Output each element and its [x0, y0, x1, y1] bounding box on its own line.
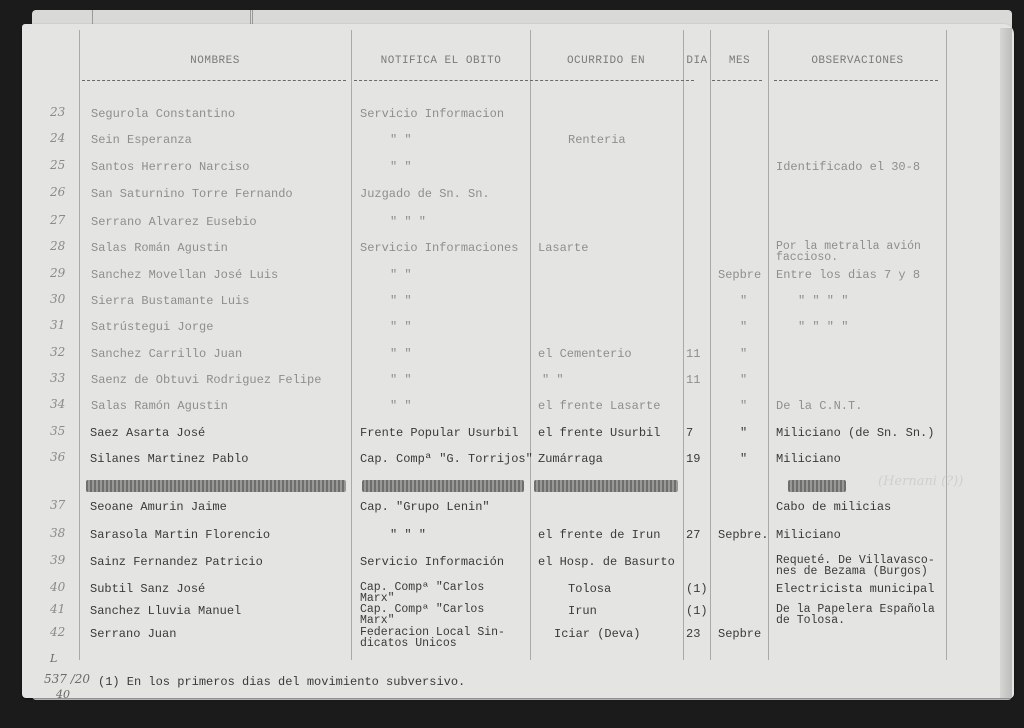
column-divider: [351, 30, 352, 660]
cell-nombre: Santos Herrero Narciso: [91, 160, 249, 174]
row-number: 39: [50, 553, 65, 567]
cell-ocurrido: el Hosp. de Basurto: [538, 555, 675, 569]
cell-mes: ": [740, 373, 747, 387]
cell-observaciones: Miliciano (de Sn. Sn.): [776, 426, 934, 440]
cell-nombre: Sanchez Movellan José Luis: [91, 268, 278, 282]
cell-dia: (1): [686, 582, 708, 596]
cell-nombre: Segurola Constantino: [91, 107, 235, 121]
row-number: 40: [50, 580, 65, 594]
cell-ocurrido: " ": [542, 373, 564, 387]
cell-ocurrido: el frente Lasarte: [538, 399, 660, 413]
cell-ocurrido: Tolosa: [568, 582, 611, 596]
cell-nombre: Silanes Martinez Pablo: [90, 452, 248, 466]
cell-dia: 23: [686, 627, 700, 641]
header-dia: DIA: [684, 55, 710, 67]
column-divider: [768, 30, 769, 660]
cell-notifica: Cap. Compª "G. Torrijos": [360, 452, 533, 466]
cell-notifica: " ": [390, 160, 412, 174]
row-number: 36: [50, 450, 65, 464]
header-underline: [712, 80, 762, 81]
cell-observaciones: De la C.N.T.: [776, 399, 862, 413]
cell-notifica: " ": [390, 399, 412, 413]
cell-observaciones: Miliciano: [776, 528, 841, 542]
cell-observaciones: " " " ": [798, 320, 848, 334]
cell-notifica: Cap. Compª "Carlos Marx": [360, 604, 484, 626]
cell-nombre: Salas Román Agustin: [91, 241, 228, 255]
cell-notifica: Servicio Información: [360, 555, 504, 569]
cell-observaciones: Entre los dias 7 y 8: [776, 268, 920, 282]
cell-mes: ": [740, 426, 747, 440]
column-divider: [710, 30, 711, 660]
row-number: 28: [50, 239, 65, 253]
cell-observaciones: De la Papelera Española de Tolosa.: [776, 604, 935, 626]
cell-observaciones: Cabo de milicias: [776, 500, 891, 514]
struck-obs: [788, 480, 846, 492]
cell-nombre: Satrústegui Jorge: [91, 320, 213, 334]
cell-mes: ": [740, 347, 747, 361]
cell-ocurrido: el frente de Irun: [538, 528, 660, 542]
cell-observaciones: Identificado el 30-8: [776, 160, 920, 174]
header-underline: [774, 80, 938, 81]
cell-ocurrido: Iciar (Deva): [554, 627, 640, 641]
cell-nombre: Sierra Bustamante Luis: [91, 294, 249, 308]
header-underline: [82, 80, 346, 81]
header-observaciones: OBSERVACIONES: [769, 55, 946, 67]
cell-nombre: Serrano Alvarez Eusebio: [91, 215, 257, 229]
cell-nombre: Saez Asarta José: [90, 426, 205, 440]
cell-mes: Sepbre: [718, 268, 761, 282]
cell-notifica: Cap. Compª "Carlos Marx": [360, 582, 484, 604]
cell-notifica: " ": [390, 294, 412, 308]
cell-notifica: " ": [390, 373, 412, 387]
row-number: 41: [50, 602, 65, 616]
cell-notifica: " ": [390, 320, 412, 334]
cell-observaciones: Por la metralla avión faccioso.: [776, 241, 921, 263]
cell-dia: 19: [686, 452, 700, 466]
row-number: 42: [50, 625, 65, 639]
column-divider: [683, 30, 684, 660]
margin-ref-mid: 537 /20: [44, 672, 90, 686]
cell-notifica: " ": [390, 268, 412, 282]
struck-name: [86, 480, 346, 492]
cell-nombre: Serrano Juan: [90, 627, 176, 641]
cell-mes: ": [740, 294, 747, 308]
cell-notifica: Servicio Informacion: [360, 107, 504, 121]
cell-dia: 11: [686, 347, 700, 361]
header-mes: MES: [711, 55, 768, 67]
cell-dia: 11: [686, 373, 700, 387]
cell-nombre: Salas Ramón Agustin: [91, 399, 228, 413]
column-divider: [79, 30, 80, 660]
header-notifica: NOTIFICA EL OBITO: [352, 55, 530, 67]
cell-mes: ": [740, 320, 747, 334]
cell-observaciones: Miliciano: [776, 452, 841, 466]
cell-notifica: " ": [390, 133, 412, 147]
cell-mes: ": [740, 452, 747, 466]
header-ocurrido: OCURRIDO EN: [531, 55, 681, 67]
faded-handwriting: (Hernani (?)): [878, 474, 963, 489]
header-nombres: NOMBRES: [80, 55, 350, 67]
cell-mes: Sepbre.: [718, 528, 768, 542]
row-number: 30: [50, 292, 65, 306]
cell-ocurrido: Irun: [568, 604, 597, 618]
struck-ocurrido: [534, 480, 678, 492]
header-underline: [354, 80, 694, 81]
row-number: 38: [50, 526, 65, 540]
cell-observaciones: Electricista municipal: [776, 582, 934, 596]
cell-ocurrido: Zumárraga: [538, 452, 603, 466]
struck-notifica: [362, 480, 524, 492]
row-number: 32: [50, 345, 65, 359]
cell-nombre: Sarasola Martin Florencio: [90, 528, 270, 542]
cell-notifica: Servicio Informaciones: [360, 241, 518, 255]
cell-nombre: Seoane Amurin Jaime: [90, 500, 227, 514]
cell-nombre: Saenz de Obtuvi Rodriguez Felipe: [91, 373, 321, 387]
cell-notifica: Cap. "Grupo Lenin": [360, 500, 490, 514]
cell-nombre: Sanchez Carrillo Juan: [91, 347, 242, 361]
row-number: 31: [50, 318, 65, 332]
margin-ref-bottom: 40: [56, 688, 70, 701]
cell-ocurrido: el Cementerio: [538, 347, 632, 361]
row-number: 23: [50, 105, 65, 119]
cell-notifica: Federacion Local Sin- dicatos Unicos: [360, 627, 505, 649]
margin-ref-top: L: [50, 652, 57, 665]
row-number: 24: [50, 131, 65, 145]
cell-dia: 7: [686, 426, 693, 440]
cell-dia: 27: [686, 528, 700, 542]
column-divider: [946, 30, 947, 660]
page-edge: [1000, 28, 1012, 698]
cell-nombre: Sein Esperanza: [91, 133, 192, 147]
cell-mes: Sepbre: [718, 627, 761, 641]
row-number: 27: [50, 213, 65, 227]
column-divider: [530, 30, 531, 660]
cell-ocurrido: Lasarte: [538, 241, 588, 255]
document-page: [22, 24, 1014, 698]
cell-mes: ": [740, 399, 747, 413]
cell-dia: (1): [686, 604, 708, 618]
row-number: 37: [50, 498, 65, 512]
row-number: 29: [50, 266, 65, 280]
cell-notifica: " " ": [390, 528, 426, 542]
cell-nombre: Sainz Fernandez Patricio: [90, 555, 263, 569]
row-number: 26: [50, 185, 65, 199]
cell-ocurrido: Renteria: [568, 133, 626, 147]
row-number: 35: [50, 424, 65, 438]
cell-nombre: Subtil Sanz José: [90, 582, 205, 596]
cell-notifica: Frente Popular Usurbil: [360, 426, 518, 440]
row-number: 33: [50, 371, 65, 385]
footnote: (1) En los primeros dias del movimiento …: [98, 675, 465, 689]
row-number: 34: [50, 397, 65, 411]
cell-notifica: Juzgado de Sn. Sn.: [360, 187, 490, 201]
cell-observaciones: Requeté. De Villavasco- nes de Bezama (B…: [776, 555, 935, 577]
cell-observaciones: " " " ": [798, 294, 848, 308]
cell-nombre: San Saturnino Torre Fernando: [91, 187, 293, 201]
cell-nombre: Sanchez Lluvia Manuel: [90, 604, 241, 618]
cell-ocurrido: el frente Usurbil: [538, 426, 660, 440]
cell-notifica: " ": [390, 347, 412, 361]
row-number: 25: [50, 158, 65, 172]
cell-notifica: " " ": [390, 215, 426, 229]
